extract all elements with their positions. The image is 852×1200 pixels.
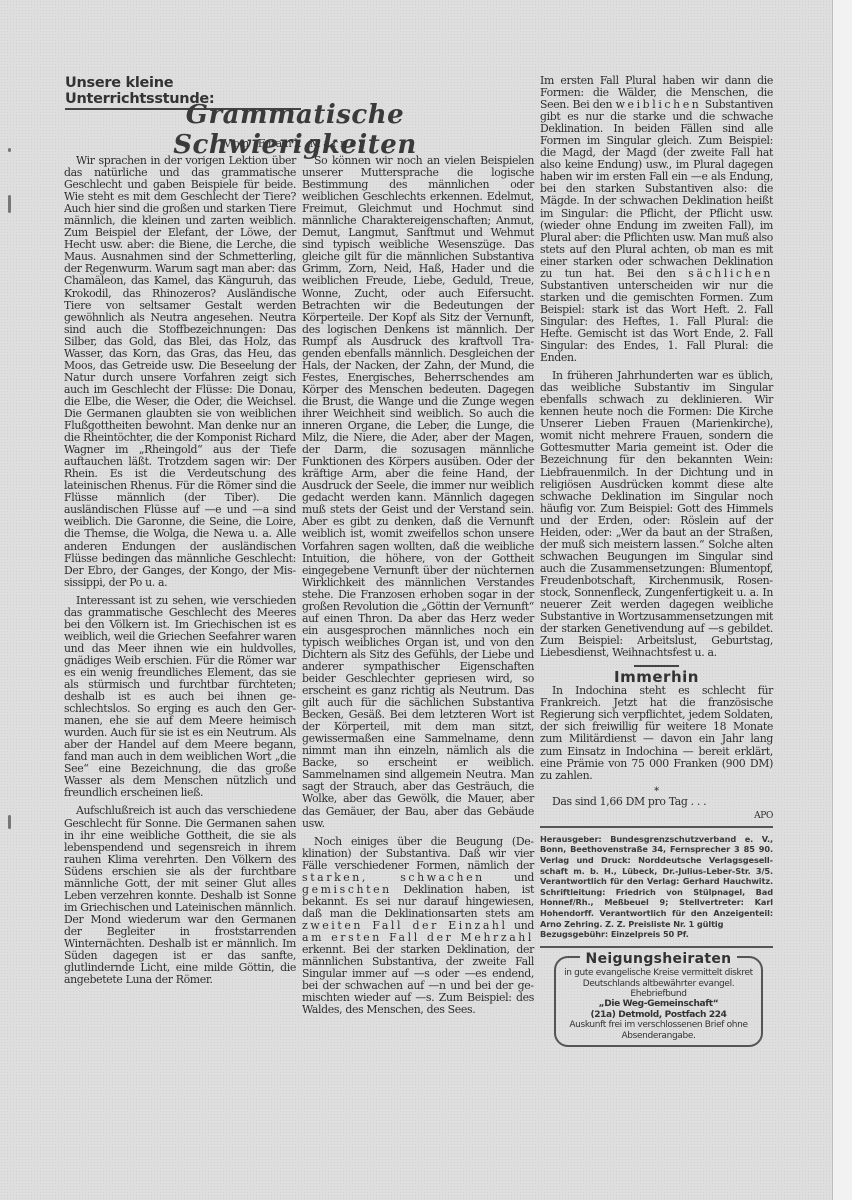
paragraph: Noch einiges über die Beugung (De­klinat… xyxy=(302,836,534,1017)
punch-mark xyxy=(8,148,11,152)
newspaper-page: Unsere kleine Unterrichtsstunde: Grammat… xyxy=(0,0,833,1200)
emphasis-spaced: zweiten Fall der Einzahl xyxy=(302,919,508,932)
advert-text: in gute evangelische Kreise ver­mittelt … xyxy=(564,968,753,999)
advert-address: (21a) Detmold, Postfach 224 xyxy=(564,1010,753,1020)
punch-mark xyxy=(8,195,11,213)
sidebar-body: In Indochina steht es schlecht für Frank… xyxy=(540,685,773,781)
advert-organisation: „Die Weg-Gemeinschaft“ xyxy=(564,999,753,1009)
paragraph: In früheren Jahrhunderten war es üblich,… xyxy=(540,370,773,659)
imprint: Herausgeber: Bundesgrenzschutzverband e.… xyxy=(540,834,773,940)
text-run: Noch einiges über die Beugung (De­klinat… xyxy=(302,835,534,872)
emphasis-spaced: sächlichen xyxy=(688,267,773,280)
text-run: und xyxy=(508,919,534,932)
article-column-3: Im ersten Fall Plural haben wir dann die… xyxy=(540,75,773,1047)
scan-edge xyxy=(832,0,852,1200)
paragraph: Aufschlußreich ist auch das verschie­den… xyxy=(64,805,296,986)
text-run: und xyxy=(485,871,534,884)
article-column-2: So können wir noch an vielen Bei­spielen… xyxy=(302,155,534,1022)
text-run: Substantiven gibt es nur die starke und … xyxy=(540,98,773,280)
divider xyxy=(540,826,773,828)
emphasis-spaced: gemischten xyxy=(302,883,392,896)
sidebar-title: Immerhin xyxy=(540,671,773,683)
sidebar-punchline: Das sind 1,66 DM pro Tag . . . xyxy=(540,796,773,808)
classified-advert: Neigungsheiraten in gute evangelische Kr… xyxy=(554,956,763,1047)
text-run: erkennt. Bei der starken Deklination, de… xyxy=(302,943,534,1016)
text-run: Substantiven unterscheiden wir nur die s… xyxy=(540,279,773,364)
emphasis-spaced: weiblichen xyxy=(616,98,702,111)
paragraph: Im ersten Fall Plural haben wir dann die… xyxy=(540,75,773,364)
article-column-1: Wir sprachen in der vorigen Lektion über… xyxy=(64,155,296,992)
paragraph: Wir sprachen in der vorigen Lektion über… xyxy=(64,155,296,589)
paragraph: So können wir noch an vielen Bei­spielen… xyxy=(302,155,534,830)
article-byline: Von Frank Marner xyxy=(160,137,430,150)
divider xyxy=(540,946,773,948)
paragraph: Interessant ist zu sehen, wie ver­schied… xyxy=(64,595,296,800)
sidebar-signature: APO xyxy=(540,810,773,822)
advert-title: Neigungsheiraten xyxy=(580,954,738,964)
divider xyxy=(634,665,679,667)
imprint-price: Bezugsgebühr: Einzelpreis 50 Pf. xyxy=(540,929,773,940)
punch-mark xyxy=(8,815,11,829)
emphasis-spaced: am ersten Fall der Mehrzahl xyxy=(302,931,534,944)
imprint-text: Herausgeber: Bundesgrenzschutzverband e.… xyxy=(540,834,773,929)
article-title: Grammatische Schwierigkeiten xyxy=(120,100,470,160)
emphasis-spaced: starken, schwachen xyxy=(302,871,485,884)
advert-text: Auskunft frei im verschlossenen Brief oh… xyxy=(564,1020,753,1041)
